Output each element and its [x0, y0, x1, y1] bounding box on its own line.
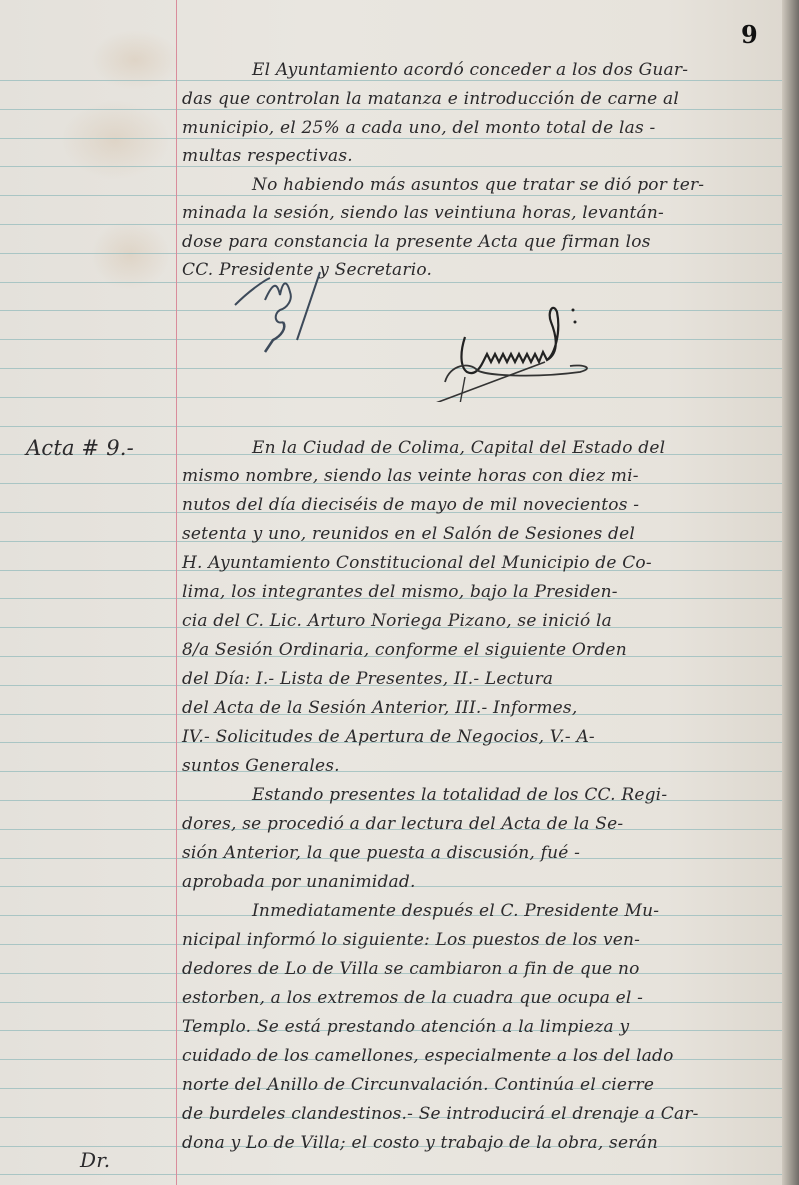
ruled-line [0, 80, 784, 81]
acta-p2-line-2: dores, se procedió a dar lectura del Act… [182, 816, 772, 833]
page-edge [782, 0, 799, 1185]
acta-p1-line-12: suntos Generales. [182, 758, 772, 775]
ruled-line [0, 339, 784, 340]
ledger-page: 9 El Ayuntamiento acordó conceder a los … [0, 0, 784, 1185]
president-signature [225, 270, 345, 370]
acta-p3-line-2: nicipal informó lo siguiente: Los puesto… [182, 932, 772, 949]
acta-p3-line-5: Templo. Se está prestando atención a la … [182, 1019, 772, 1036]
ruled-line [0, 224, 784, 225]
acta-p1-line-2: mismo nombre, siendo las veinte horas co… [182, 468, 772, 485]
acta-p1-line-1: En la Ciudad de Colima, Capital del Esta… [252, 440, 665, 457]
closing-p2-line-1: No habiendo más asuntos que tratar se di… [252, 177, 704, 194]
acta-number-label: Acta # 9.- [26, 438, 134, 459]
ruled-line [0, 426, 784, 427]
acta-p3-line-4: estorben, a los extremos de la cuadra qu… [182, 990, 772, 1007]
ruled-line [0, 166, 784, 167]
acta-p2-line-4: aprobada por unanimidad. [182, 874, 772, 891]
acta-p3-line-3: dedores de Lo de Villa se cambiaron a fi… [182, 961, 772, 978]
acta-p1-line-6: lima, los integrantes del mismo, bajo la… [182, 584, 772, 601]
ruled-line [0, 1174, 784, 1175]
ruled-line [0, 109, 784, 110]
paper-stain [90, 220, 170, 290]
acta-p2-line-3: sión Anterior, la que puesta a discusión… [182, 845, 772, 862]
paper-stain [90, 30, 180, 90]
acta-p3-line-6: cuidado de los camellones, especialmente… [182, 1048, 772, 1065]
ruled-line [0, 195, 784, 196]
acta-p3-line-7: norte del Anillo de Circunvalación. Cont… [182, 1077, 772, 1094]
ruled-line [0, 310, 784, 311]
acta-p1-line-11: IV.- Solicitudes de Apertura de Negocios… [182, 729, 772, 746]
acta-p1-line-4: setenta y uno, reunidos en el Salón de S… [182, 526, 772, 543]
acta-p1-line-3: nutos del día dieciséis de mayo de mil n… [182, 497, 772, 514]
ruled-line [0, 397, 784, 398]
acta-p1-line-7: cia del C. Lic. Arturo Noriega Pizano, s… [182, 613, 772, 630]
ruled-line [0, 282, 784, 283]
acta-p3-line-8: de burdeles clandestinos.- Se introducir… [182, 1106, 772, 1123]
acta-p1-line-10: del Acta de la Sesión Anterior, III.- In… [182, 700, 772, 717]
secretary-signature [405, 292, 625, 402]
acta-p3-line-9: dona y Lo de Villa; el costo y trabajo d… [182, 1135, 772, 1152]
closing-p1-line-1: El Ayuntamiento acordó conceder a los do… [252, 62, 688, 79]
closing-p1-line-3: municipio, el 25% a cada uno, del monto … [182, 120, 772, 137]
acta-p3-line-1: Inmediatamente después el C. Presidente … [252, 903, 659, 920]
closing-p2-line-3: dose para constancia la presente Acta qu… [182, 234, 772, 251]
ruled-line [0, 368, 784, 369]
margin-line [176, 0, 177, 1185]
ruled-line [0, 138, 784, 139]
closing-p1-line-4: multas respectivas. [182, 148, 772, 165]
paper-stain [60, 100, 170, 180]
acta-p2-line-1: Estando presentes la totalidad de los CC… [252, 787, 667, 804]
closing-p2-line-2: minada la sesión, siendo las veintiuna h… [182, 205, 772, 222]
acta-p1-line-8: 8/a Sesión Ordinaria, conforme el siguie… [182, 642, 772, 659]
acta-p1-line-9: del Día: I.- Lista de Presentes, II.- Le… [182, 671, 772, 688]
margin-note: Dr. [80, 1150, 110, 1170]
page-number: 9 [741, 20, 758, 49]
acta-p1-line-5: H. Ayuntamiento Constitucional del Munic… [182, 555, 772, 572]
ruled-line [0, 253, 784, 254]
closing-p1-line-2: das que controlan la matanza e introducc… [182, 91, 772, 108]
